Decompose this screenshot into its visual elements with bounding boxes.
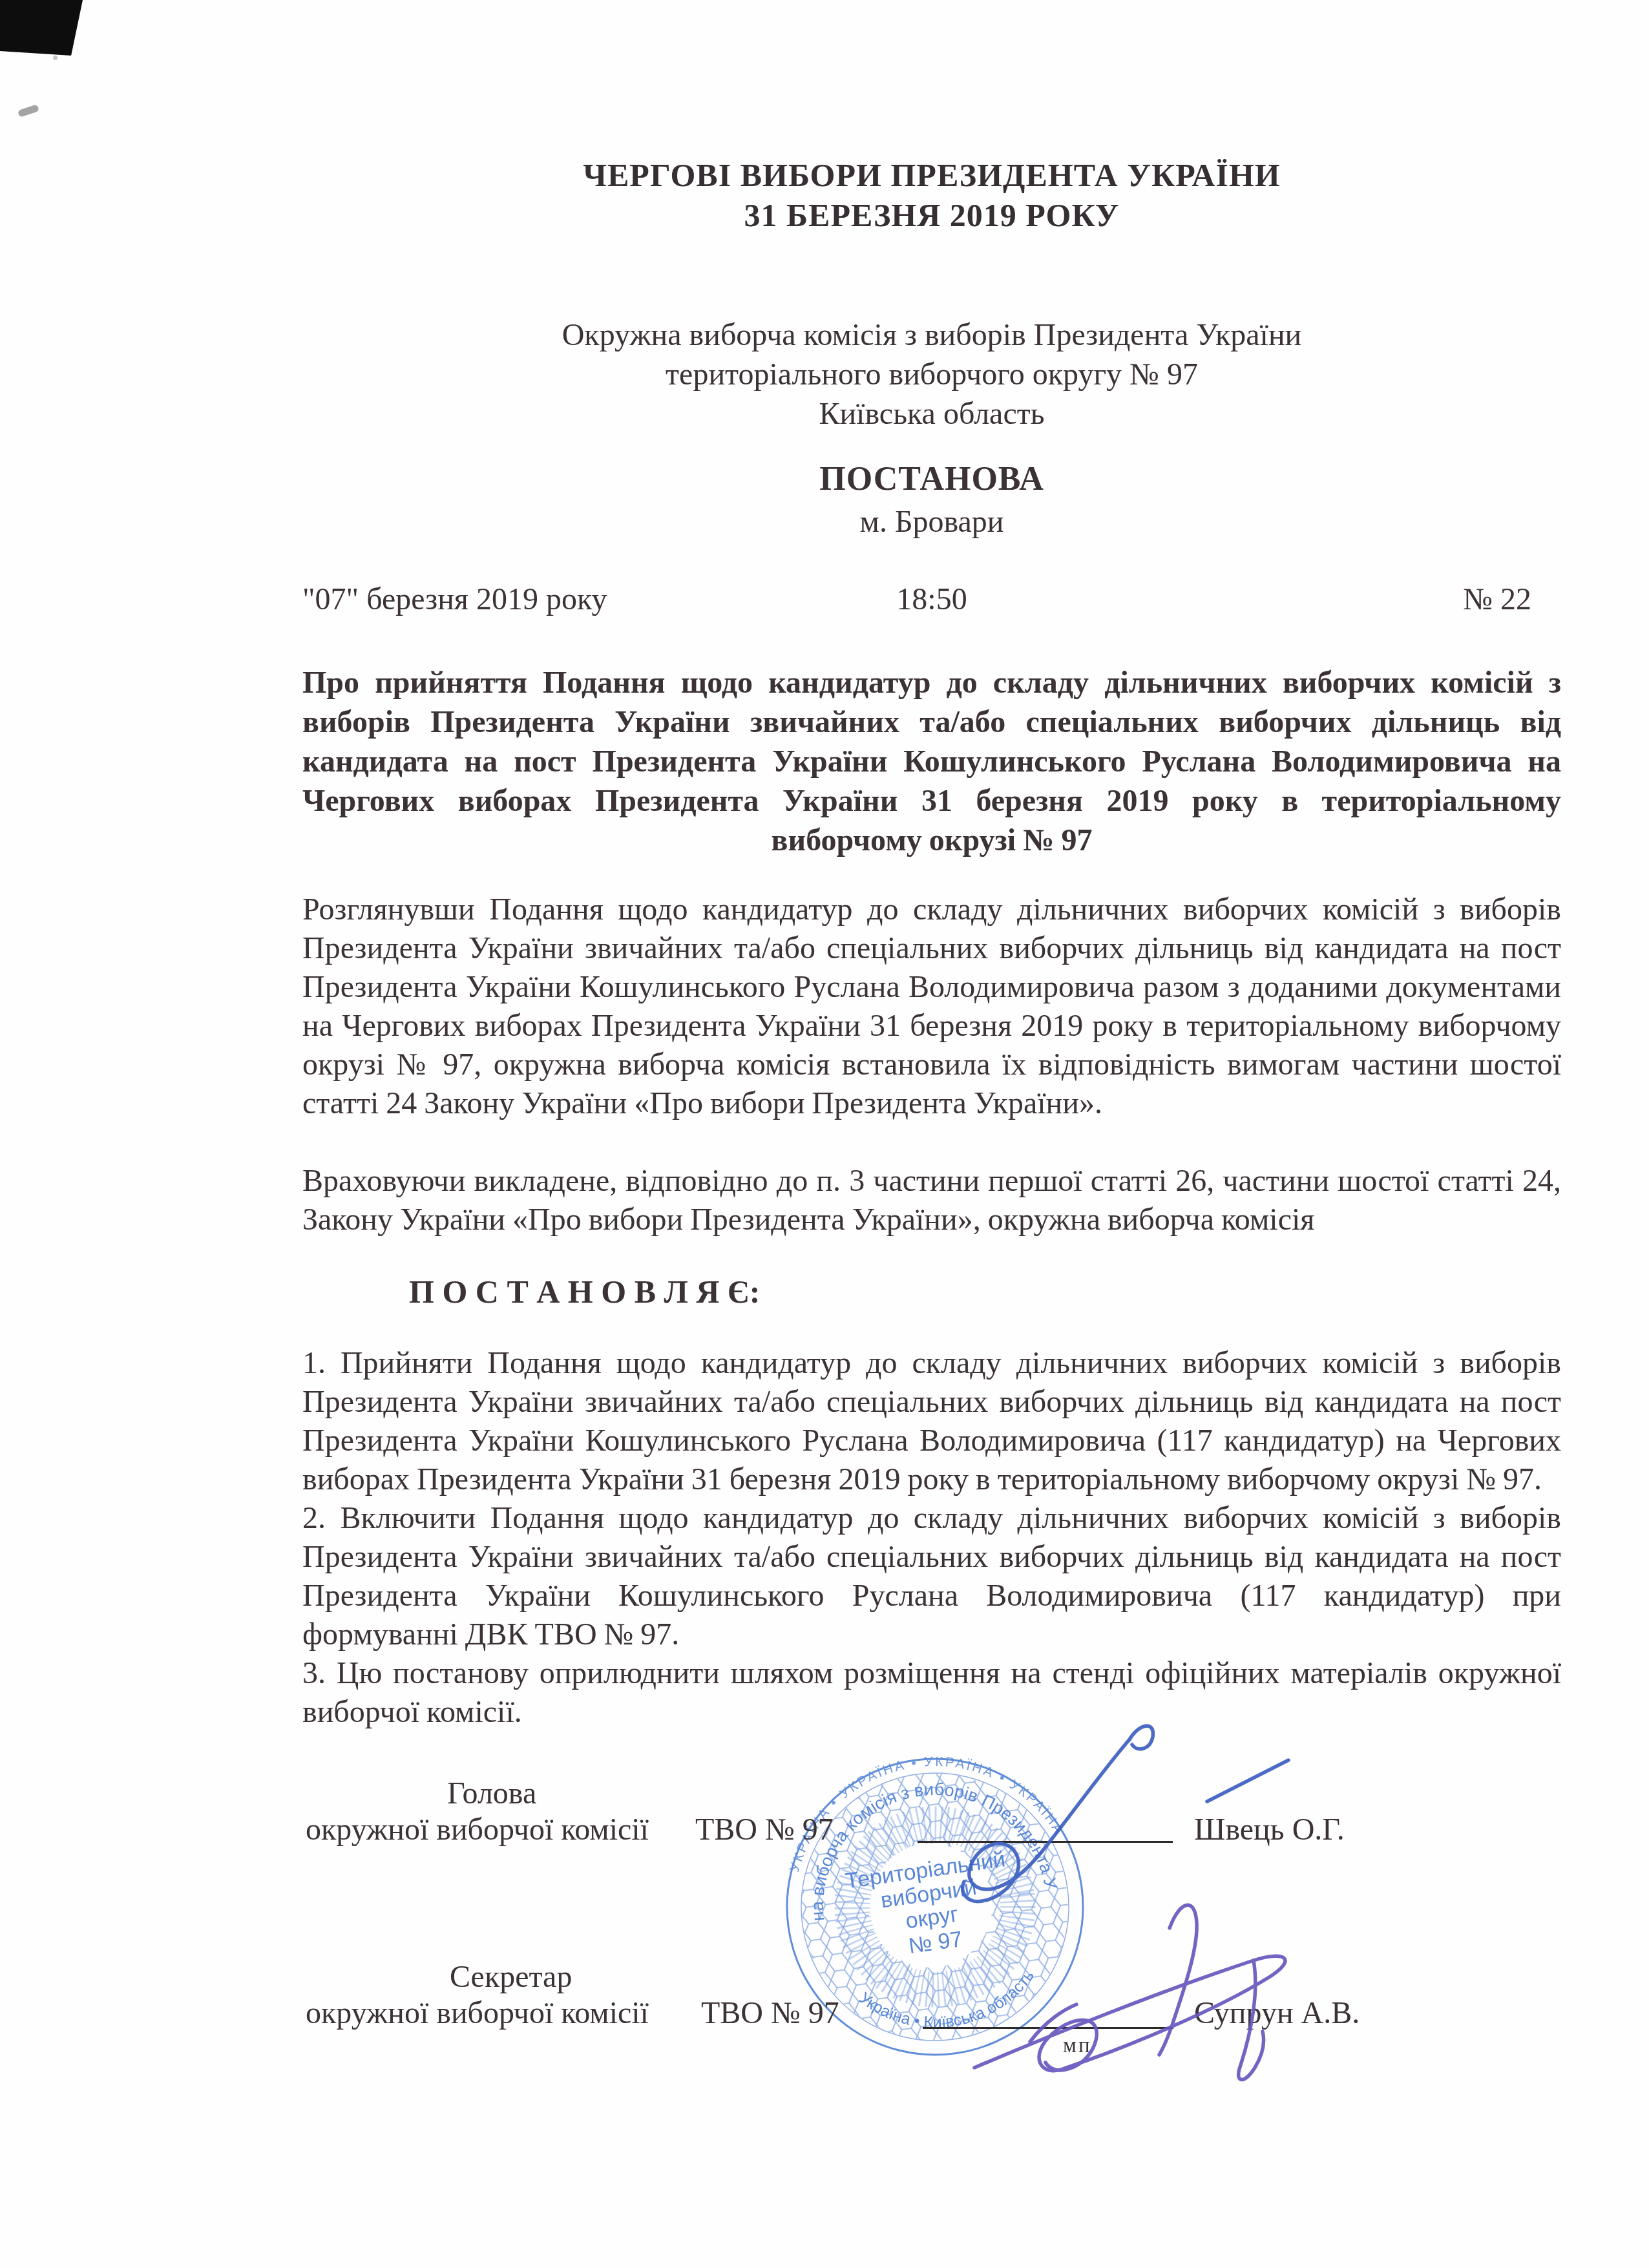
doc-type-heading: ПОСТАНОВА [302,460,1561,498]
title-line-2: 31 БЕРЕЗНЯ 2019 РОКУ [302,195,1561,235]
signature-org-secretary: окружної виборчої комісії [306,1995,649,2031]
subject-paragraph: Про прийняття Подання щодо кандидатур до… [302,663,1561,860]
place-line: м. Бровари [302,504,1561,540]
item-2: 2. Включити Подання щодо кандидатур до с… [302,1499,1561,1654]
document-page: ЧЕРГОВІ ВИБОРИ ПРЕЗИДЕНТА УКРАЇНИ 31 БЕР… [0,0,1649,2268]
org-line-3: Київська область [302,394,1561,434]
signature-role-secretary: Секретар [450,1959,572,1995]
scan-speck [53,56,58,60]
date-row: "07" березня 2019 року 18:50 № 22 [302,582,1561,620]
resolution-items: 1. Прийняти Подання щодо кандидатур до с… [302,1344,1561,1732]
pencil-mark [17,104,39,117]
resolves-heading: П О С Т А Н О В Л Я Є: [302,1273,1649,1310]
signature-role-head: Голова [447,1776,536,1811]
document-title: ЧЕРГОВІ ВИБОРИ ПРЕЗИДЕНТА УКРАЇНИ 31 БЕР… [302,155,1561,235]
body-paragraph-2: Враховуючи викладене, відповідно до п. 3… [302,1162,1561,1239]
signature-tvo-head: ТВО № 97 [695,1812,834,1847]
doc-number: № 22 [1463,582,1531,617]
org-line-1: Окружна виборча комісія з виборів Презид… [302,315,1561,355]
scan-corner-artifact [0,0,83,56]
item-1: 1. Прийняти Подання щодо кандидатур до с… [302,1344,1561,1499]
signature-tvo-secretary: ТВО № 97 [701,1995,839,2031]
ink-signatures [892,1706,1409,2145]
org-line-2: територіального виборчого округу № 97 [302,355,1561,394]
body-paragraph-1: Розглянувши Подання щодо кандидатур до с… [302,890,1561,1123]
signature-org-head: окружної виборчої комісії [306,1812,649,1847]
issuing-body: Окружна виборча комісія з виборів Презид… [302,315,1561,434]
secretary-signature-ink [974,1905,1285,2079]
title-line-1: ЧЕРГОВІ ВИБОРИ ПРЕЗИДЕНТА УКРАЇНИ [302,155,1561,195]
head-signature-ink [963,1726,1288,1902]
doc-time: 18:50 [302,582,1561,617]
